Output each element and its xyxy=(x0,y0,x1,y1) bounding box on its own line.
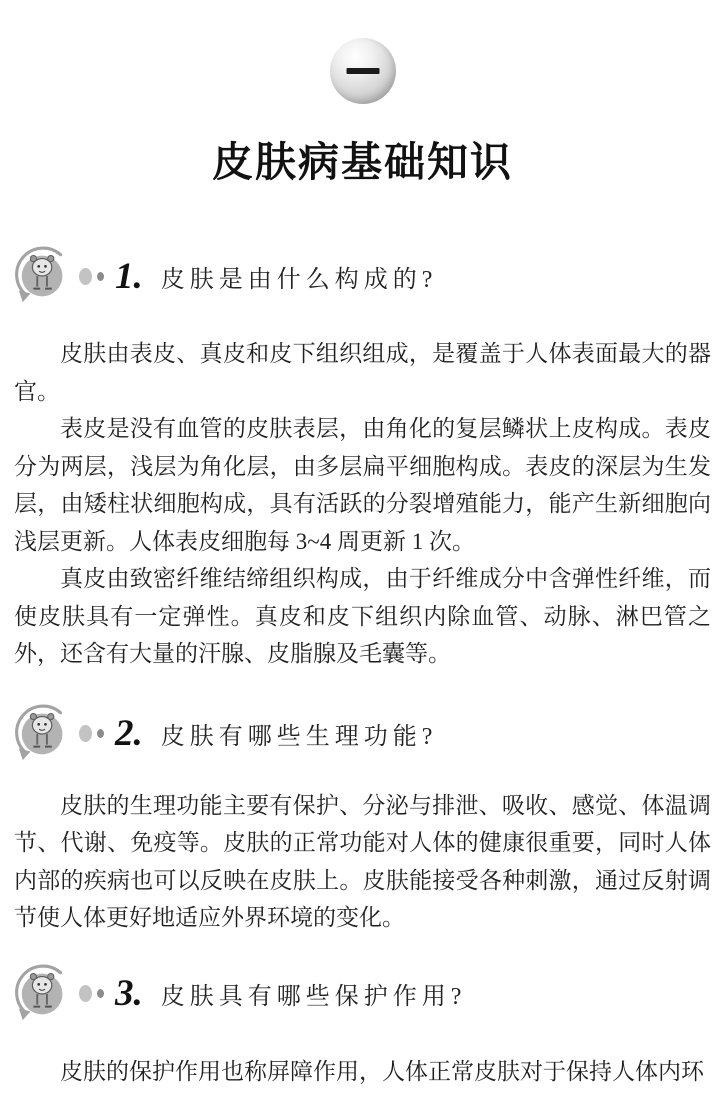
ellipse-dot-small-icon xyxy=(97,729,104,738)
chapter-one-numeral-icon xyxy=(346,68,379,74)
paragraph: 皮肤的保护作用也称屏障作用，人体正常皮肤对于保持人体内环 xyxy=(14,1053,711,1091)
mascot-circular-arrow-icon xyxy=(14,245,76,307)
mascot-circular-arrow-icon xyxy=(14,703,76,765)
chapter-title: 皮肤病基础知识 xyxy=(14,138,711,187)
paragraph: 皮肤的生理功能主要有保护、分泌与排泄、吸收、感觉、体温调节、代谢、免疫等。皮肤的… xyxy=(14,787,711,937)
book-page: 一 皮肤病基础知识 1. 皮肤是由什么构成的? 皮肤由表皮、真皮和皮下组织组成，… xyxy=(0,0,725,1110)
question-1-heading: 1. 皮肤是由什么构成的? xyxy=(14,245,711,307)
ellipse-dot-small-icon xyxy=(97,989,104,998)
ellipse-dot-icon xyxy=(79,268,92,285)
chapter-badge: 一 xyxy=(330,38,396,104)
question-text: 皮肤是由什么构成的? xyxy=(161,259,438,294)
ellipse-dot-icon xyxy=(79,985,92,1002)
ellipse-dot-icon xyxy=(79,725,92,742)
question-number: 2. xyxy=(115,715,143,752)
paragraph: 表皮是没有血管的皮肤表层，由角化的复层鳞状上皮构成。表皮分为两层，浅层为角化层，… xyxy=(14,410,711,560)
question-number: 3. xyxy=(115,975,143,1012)
question-text: 皮肤具有哪些保护作用? xyxy=(161,976,467,1011)
question-3-heading: 3. 皮肤具有哪些保护作用? xyxy=(14,963,711,1025)
chapter-number: 一 xyxy=(330,38,331,39)
mascot-circular-arrow-icon xyxy=(14,963,76,1025)
paragraph: 皮肤由表皮、真皮和皮下组织组成，是覆盖于人体表面最大的器官。 xyxy=(14,335,711,410)
question-number: 1. xyxy=(115,258,143,295)
paragraph: 真皮由致密纤维结缔组织构成，由于纤维成分中含弹性纤维，而使皮肤具有一定弹性。真皮… xyxy=(14,560,711,673)
ellipse-dot-small-icon xyxy=(97,272,104,281)
question-text: 皮肤有哪些生理功能? xyxy=(161,716,438,751)
question-2-heading: 2. 皮肤有哪些生理功能? xyxy=(14,703,711,765)
